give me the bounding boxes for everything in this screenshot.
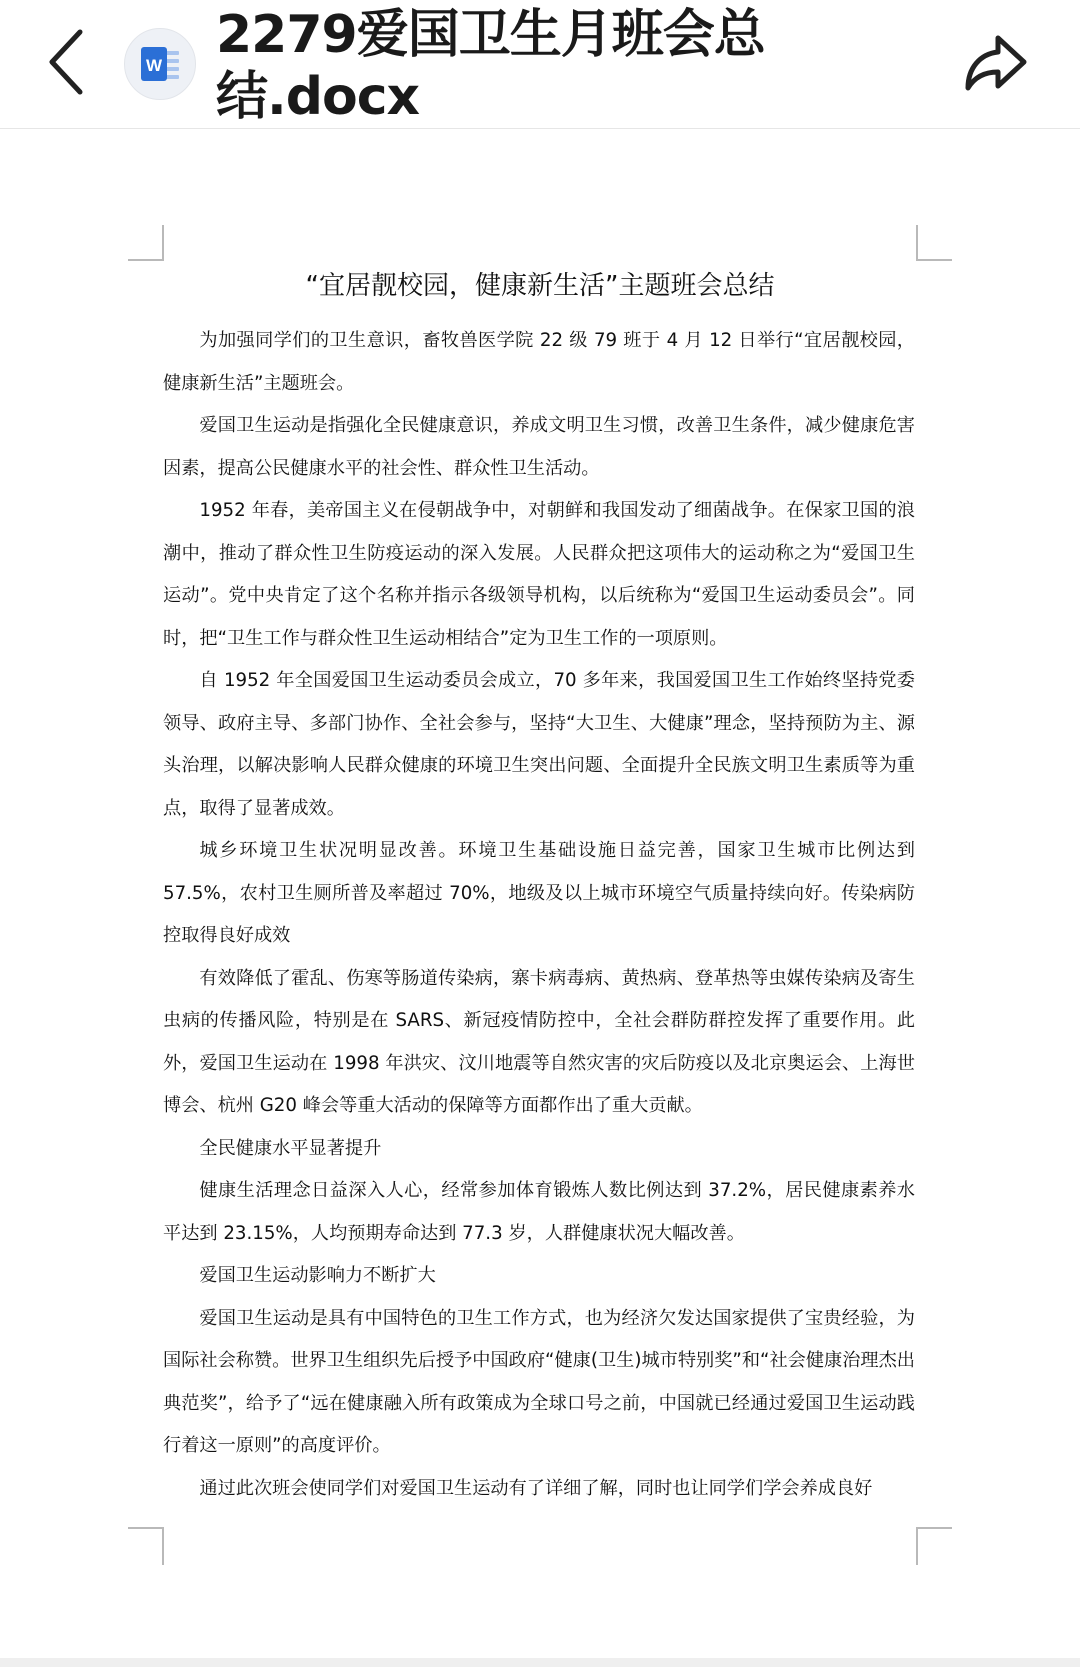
section-heading: 爱国卫生运动影响力不断扩大: [163, 1255, 915, 1298]
word-document-icon: W: [124, 28, 196, 100]
share-arrow-icon: [958, 28, 1030, 100]
paragraph: 通过此次班会使同学们对爱国卫生运动有了详细了解，同时也让同学们学会养成良好: [163, 1468, 915, 1511]
paragraph: 爱国卫生运动是具有中国特色的卫生工作方式，也为经济欠发达国家提供了宝贵经验，为国…: [163, 1298, 915, 1468]
margin-corner-top-left: [128, 225, 164, 261]
margin-corner-bottom-right: [916, 1527, 952, 1565]
paragraph: 爱国卫生运动是指强化全民健康意识，养成文明卫生习惯，改善卫生条件，减少健康危害因…: [163, 405, 915, 490]
margin-corner-top-right: [916, 225, 952, 261]
document-title: “宜居靓校园，健康新生活”主题班会总结: [160, 268, 920, 304]
margin-corner-bottom-left: [128, 1527, 164, 1565]
paragraph: 为加强同学们的卫生意识，畜牧兽医学院 22 级 79 班于 4 月 12 日举行…: [163, 320, 915, 405]
paragraph: 城乡环境卫生状况明显改善。环境卫生基础设施日益完善，国家卫生城市比例达到 57.…: [163, 830, 915, 958]
paragraph: 1952 年春，美帝国主义在侵朝战争中，对朝鲜和我国发动了细菌战争。在保家卫国的…: [163, 490, 915, 660]
file-title: 2279爱国卫生月班会总结.docx: [216, 4, 816, 128]
bottom-edge: [0, 1658, 1080, 1667]
share-button[interactable]: [958, 28, 1030, 100]
paragraph: 自 1952 年全国爱国卫生运动委员会成立，70 多年来，我国爱国卫生工作始终坚…: [163, 660, 915, 830]
section-heading: 全民健康水平显著提升: [163, 1128, 915, 1171]
paragraph: 健康生活理念日益深入人心，经常参加体育锻炼人数比例达到 37.2%，居民健康素养…: [163, 1170, 915, 1255]
svg-text:W: W: [146, 56, 163, 75]
back-button[interactable]: [44, 26, 94, 98]
chevron-left-icon: [44, 26, 94, 98]
top-bar: W 2279爱国卫生月班会总结.docx: [0, 0, 1080, 129]
paragraph: 有效降低了霍乱、伤寒等肠道传染病，寨卡病毒病、黄热病、登革热等虫媒传染病及寄生虫…: [163, 958, 915, 1128]
document-body: 为加强同学们的卫生意识，畜牧兽医学院 22 级 79 班于 4 月 12 日举行…: [163, 320, 915, 1510]
